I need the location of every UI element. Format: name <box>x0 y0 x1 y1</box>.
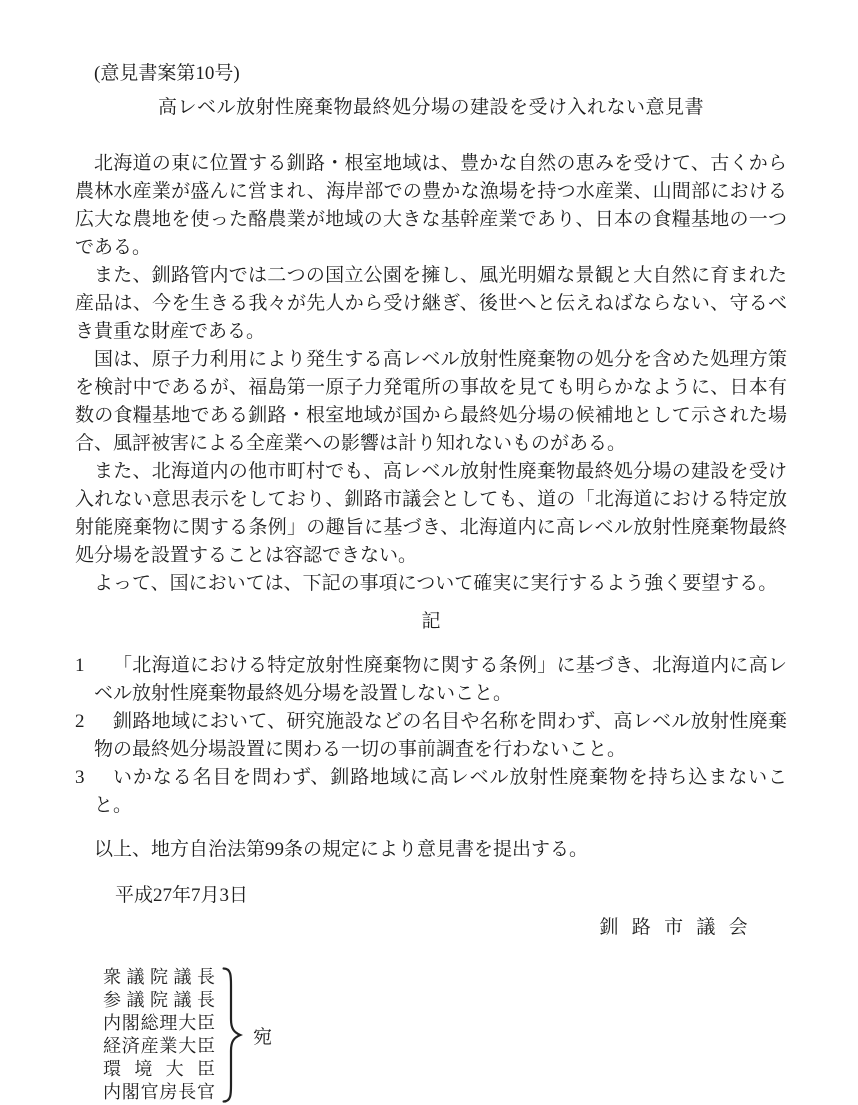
item-1-text: 「北海道における特定放射性廃棄物に関する条例」に基づき、北海道内に高レベル放射性… <box>94 652 787 708</box>
item-2-number: 2 <box>75 708 85 736</box>
item-1-number: 1 <box>75 652 85 680</box>
list-item-1: 1 「北海道における特定放射性廃棄物に関する条例」に基づき、北海道内に高レベル放… <box>75 652 787 708</box>
recipient-name-5: 環境大臣 <box>103 1058 215 1081</box>
paragraph-5: よって、国においては、下記の事項について確実に実行するよう強く要望する。 <box>75 570 787 598</box>
recipient-name-list: 衆議院議長 参議院議長 内閣総理大臣 経済産業大臣 環境大臣 内閣官房長官 <box>103 966 215 1104</box>
item-3-text: いかなる名目を問わず、釧路地域に高レベル放射性廃棄物を持ち込まないこと。 <box>94 764 787 820</box>
recipient-name-6: 内閣官房長官 <box>103 1081 215 1104</box>
recipient-name-1: 衆議院議長 <box>103 966 215 989</box>
document-title: 高レベル放射性廃棄物最終処分場の建設を受け入れない意見書 <box>75 94 787 122</box>
list-item-2: 2 釧路地域において、研究施設などの名目や名称を問わず、高レベル放射性廃棄物の最… <box>75 708 787 764</box>
recipient-name-4: 経済産業大臣 <box>103 1035 215 1058</box>
paragraph-1: 北海道の東に位置する釧路・根室地域は、豊かな自然の恵みを受けて、古くから農林水産… <box>75 150 787 262</box>
paragraph-2: また、釧路管内では二つの国立公園を擁し、風光明媚な景観と大自然に育まれた産品は、… <box>75 262 787 346</box>
record-heading: 記 <box>75 608 787 636</box>
paragraph-4: また、北海道内の他市町村でも、高レベル放射性廃棄物最終処分場の建設を受け入れない… <box>75 458 787 570</box>
recipient-suffix: 宛 <box>253 1022 272 1049</box>
date-line: 平成27年7月3日 <box>75 882 787 910</box>
item-3-number: 3 <box>75 764 85 792</box>
issuer-line: 釧路市議会 <box>75 914 787 942</box>
curly-brace-icon <box>219 960 243 1105</box>
item-2-text: 釧路地域において、研究施設などの名目や名称を問わず、高レベル放射性廃棄物の最終処… <box>94 708 787 764</box>
closing-line: 以上、地方自治法第99条の規定により意見書を提出する。 <box>75 836 787 864</box>
recipients-block: 衆議院議長 参議院議長 内閣総理大臣 経済産業大臣 環境大臣 内閣官房長官 宛 <box>75 960 787 1105</box>
list-item-3: 3 いかなる名目を問わず、釧路地域に高レベル放射性廃棄物を持ち込まないこと。 <box>75 764 787 820</box>
case-number: (意見書案第10号) <box>75 60 787 88</box>
document-page: (意見書案第10号) 高レベル放射性廃棄物最終処分場の建設を受け入れない意見書 … <box>0 0 858 1105</box>
paragraph-3: 国は、原子力利用により発生する高レベル放射性廃棄物の処分を含めた処理方策を検討中… <box>75 346 787 458</box>
recipient-name-3: 内閣総理大臣 <box>103 1012 215 1035</box>
recipient-name-2: 参議院議長 <box>103 989 215 1012</box>
